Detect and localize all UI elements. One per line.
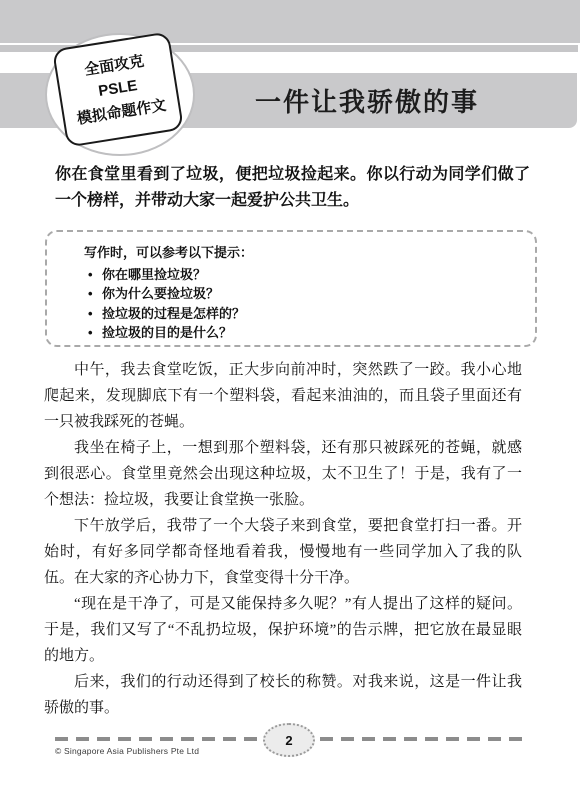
page-number-badge: 2: [263, 723, 315, 757]
workbook-page: 一件让我骄傲的事 全面攻克 PSLE 模拟命题作文 你在食堂里看到了垃圾，便把垃…: [0, 0, 580, 786]
copyright-notice: © Singapore Asia Publishers Pte Ltd: [55, 746, 199, 756]
hint-item-text: 捡垃圾的目的是什么？: [102, 323, 232, 343]
badge-series-line1: 全面攻克: [83, 52, 145, 81]
page-title: 一件让我骄傲的事: [255, 73, 479, 128]
hints-heading: 写作时，可以参考以下提示：: [84, 243, 517, 263]
hint-item-text: 你为什么要捡垃圾？: [102, 284, 219, 304]
hint-item: • 你为什么要捡垃圾？: [84, 284, 517, 304]
series-badge: 全面攻克 PSLE 模拟命题作文: [52, 31, 184, 147]
footer-dashed-line-left: [55, 737, 259, 741]
hint-item: • 你在哪里捡垃圾？: [84, 265, 517, 285]
bullet-icon: •: [84, 323, 102, 343]
hints-list: • 你在哪里捡垃圾？ • 你为什么要捡垃圾？ • 捡垃圾的过程是怎样的？ • 捡…: [84, 265, 517, 343]
composition-prompt: 你在食堂里看到了垃圾，便把垃圾捡起来。你以行动为同学们做了一个榜样，并带动大家一…: [55, 162, 530, 214]
hint-item-text: 捡垃圾的过程是怎样的？: [102, 304, 245, 324]
essay-paragraph: 下午放学后，我带了一个大袋子来到食堂，要把食堂打扫一番。开始时，有好多同学都奇怪…: [44, 513, 522, 591]
bullet-icon: •: [84, 265, 102, 285]
model-essay: 中午，我去食堂吃饭，正大步向前冲时，突然跌了一跤。我小心地爬起来，发现脚底下有一…: [44, 357, 522, 721]
essay-paragraph: “现在是干净了，可是又能保持多久呢？”有人提出了这样的疑问。于是，我们又写了“不…: [44, 591, 522, 669]
header-band-top: [0, 0, 580, 43]
hint-item: • 捡垃圾的过程是怎样的？: [84, 304, 517, 324]
footer-dashed-line-right: [320, 737, 525, 741]
essay-paragraph: 我坐在椅子上，一想到那个塑料袋，还有那只被踩死的苍蝇，就感到很恶心。食堂里竟然会…: [44, 435, 522, 513]
essay-paragraph: 中午，我去食堂吃饭，正大步向前冲时，突然跌了一跤。我小心地爬起来，发现脚底下有一…: [44, 357, 522, 435]
page-number: 2: [285, 733, 292, 748]
badge-series-line2: PSLE: [97, 76, 139, 102]
hint-item: • 捡垃圾的目的是什么？: [84, 323, 517, 343]
bullet-icon: •: [84, 304, 102, 324]
badge-series-line3: 模拟命题作文: [76, 95, 168, 129]
hint-item-text: 你在哪里捡垃圾？: [102, 265, 206, 285]
essay-paragraph: 后来，我们的行动还得到了校长的称赞。对我来说，这是一件让我骄傲的事。: [44, 669, 522, 721]
bullet-icon: •: [84, 284, 102, 304]
writing-hints-box: 写作时，可以参考以下提示： • 你在哪里捡垃圾？ • 你为什么要捡垃圾？ • 捡…: [45, 230, 537, 347]
